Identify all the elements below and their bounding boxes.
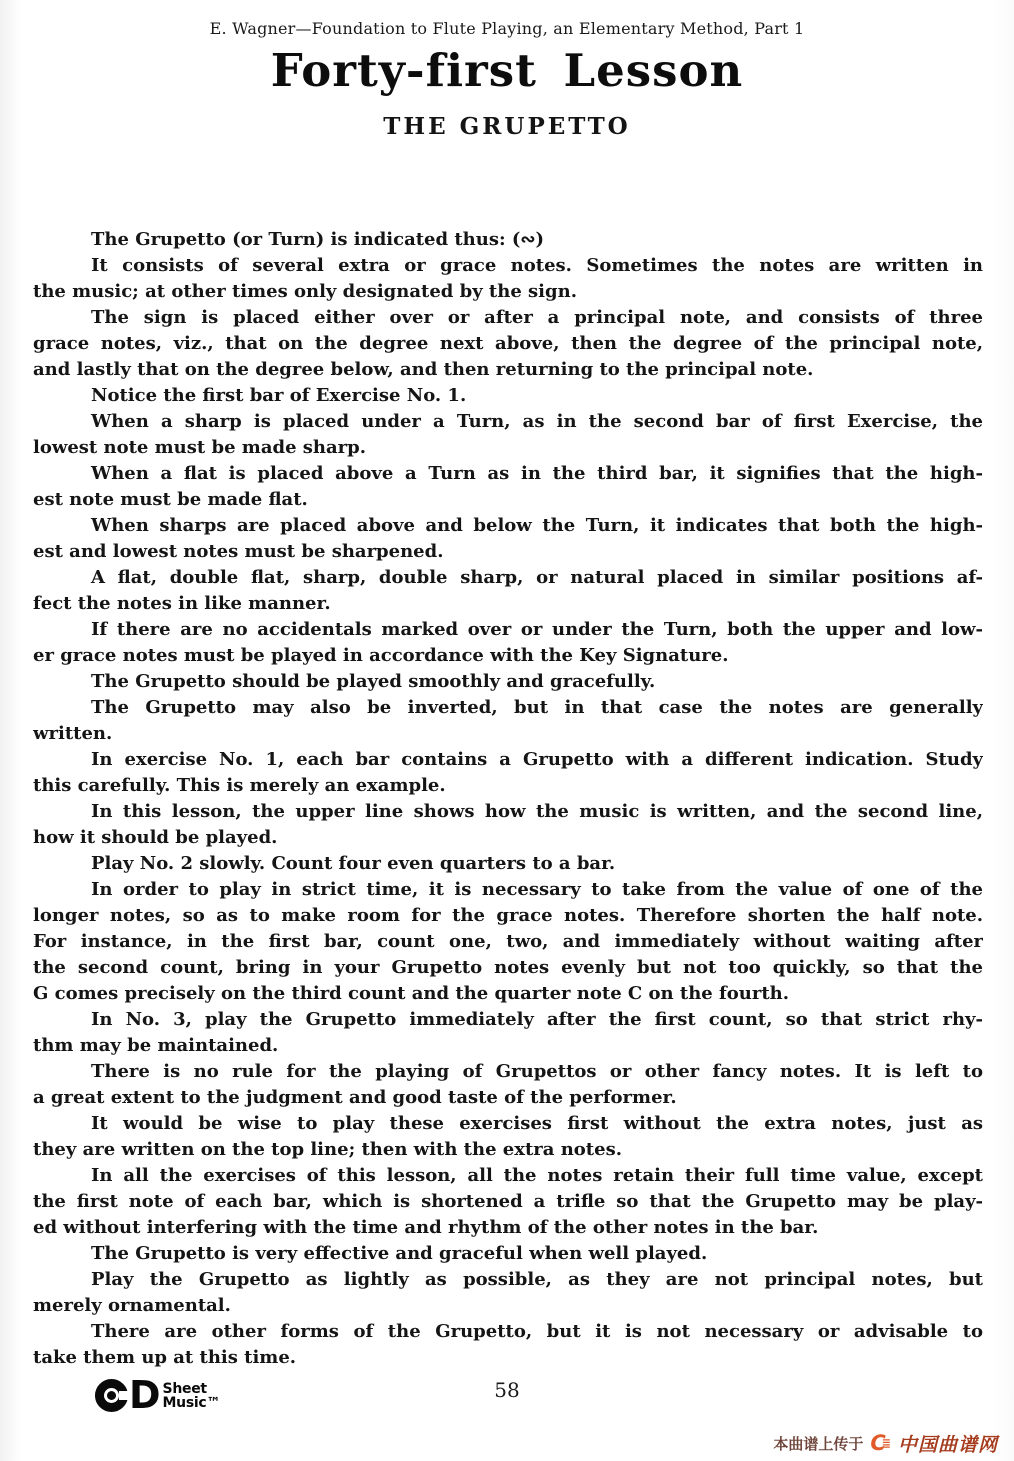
running-header: E. Wagner—Foundation to Flute Playing, a… — [0, 19, 1014, 38]
text-line: In order to play in strict time, it is n… — [33, 877, 983, 903]
text-line: take them up at this time. — [33, 1345, 983, 1371]
text-line: the music; at other times only designate… — [33, 279, 983, 305]
text-line: When sharps are placed above and below t… — [33, 513, 983, 539]
paragraph: Notice the first bar of Exercise No. 1. — [33, 383, 983, 409]
text-line: lowest note must be made sharp. — [33, 435, 983, 461]
text-line: and lastly that on the degree below, and… — [33, 357, 983, 383]
text-line: A flat, double flat, sharp, double sharp… — [33, 565, 983, 591]
text-line: Notice the first bar of Exercise No. 1. — [33, 383, 983, 409]
paragraph: In order to play in strict time, it is n… — [33, 877, 983, 1007]
text-line: est note must be made flat. — [33, 487, 983, 513]
paragraph: When a sharp is placed under a Turn, as … — [33, 409, 983, 461]
text-line: G comes precisely on the third count and… — [33, 981, 983, 1007]
paragraph: It would be wise to play these exercises… — [33, 1111, 983, 1163]
text-line: The Grupetto may also be inverted, but i… — [33, 695, 983, 721]
text-line: written. — [33, 721, 983, 747]
text-line: ed without interfering with the time and… — [33, 1215, 983, 1241]
paragraph: The Grupetto (or Turn) is indicated thus… — [33, 227, 983, 253]
text-line: For instance, in the first bar, count on… — [33, 929, 983, 955]
text-line: fect the notes in like manner. — [33, 591, 983, 617]
paragraph: A flat, double flat, sharp, double sharp… — [33, 565, 983, 617]
text-line: In No. 3, play the Grupetto immediately … — [33, 1007, 983, 1033]
text-line: grace notes, viz., that on the degree ne… — [33, 331, 983, 357]
text-line: a great extent to the judgment and good … — [33, 1085, 983, 1111]
site-logo-bars: ≣ — [882, 1433, 891, 1454]
watermark-site-name: 中国曲谱网 — [898, 1430, 998, 1457]
text-line: It consists of several extra or grace no… — [33, 253, 983, 279]
paragraph: In No. 3, play the Grupetto immediately … — [33, 1007, 983, 1059]
text-line: The Grupetto should be played smoothly a… — [33, 669, 983, 695]
paragraph: Play the Grupetto as lightly as possible… — [33, 1267, 983, 1319]
paragraph: There are other forms of the Grupetto, b… — [33, 1319, 983, 1371]
text-line: merely ornamental. — [33, 1293, 983, 1319]
text-line: this carefully. This is merely an exampl… — [33, 773, 983, 799]
paragraph: It consists of several extra or grace no… — [33, 253, 983, 305]
text-line: longer notes, so as to make room for the… — [33, 903, 983, 929]
page-title: Forty-first Lesson — [0, 44, 1014, 97]
body-text: The Grupetto (or Turn) is indicated thus… — [33, 227, 983, 1371]
text-line: In all the exercises of this lesson, all… — [33, 1163, 983, 1189]
text-line: est and lowest notes must be sharpened. — [33, 539, 983, 565]
watermark-prefix: 本曲谱上传于 — [773, 1433, 863, 1454]
paragraph: The Grupetto may also be inverted, but i… — [33, 695, 983, 747]
paragraph: In exercise No. 1, each bar contains a G… — [33, 747, 983, 799]
paragraph: In all the exercises of this lesson, all… — [33, 1163, 983, 1241]
text-line: how it should be played. — [33, 825, 983, 851]
text-line: If there are no accidentals marked over … — [33, 617, 983, 643]
text-line: In this lesson, the upper line shows how… — [33, 799, 983, 825]
paragraph: In this lesson, the upper line shows how… — [33, 799, 983, 851]
scanned-book-page: E. Wagner—Foundation to Flute Playing, a… — [0, 0, 1014, 1461]
paragraph: If there are no accidentals marked over … — [33, 617, 983, 669]
text-line: It would be wise to play these exercises… — [33, 1111, 983, 1137]
text-line: Play the Grupetto as lightly as possible… — [33, 1267, 983, 1293]
text-line: The sign is placed either over or after … — [33, 305, 983, 331]
text-line: In exercise No. 1, each bar contains a G… — [33, 747, 983, 773]
page-subtitle: THE GRUPETTO — [0, 113, 1014, 140]
text-line: There is no rule for the playing of Grup… — [33, 1059, 983, 1085]
paragraph: There is no rule for the playing of Grup… — [33, 1059, 983, 1111]
text-line: er grace notes must be played in accorda… — [33, 643, 983, 669]
text-line: the first note of each bar, which is sho… — [33, 1189, 983, 1215]
paragraph: The Grupetto is very effective and grace… — [33, 1241, 983, 1267]
paragraph: The sign is placed either over or after … — [33, 305, 983, 383]
paragraph: The Grupetto should be played smoothly a… — [33, 669, 983, 695]
watermark: 本曲谱上传于 C ≣ 中国曲谱网 — [773, 1430, 998, 1457]
site-logo-icon: C ≣ — [870, 1433, 891, 1454]
text-line: When a flat is placed above a Turn as in… — [33, 461, 983, 487]
text-line: the second count, bring in your Grupetto… — [33, 955, 983, 981]
text-line: The Grupetto (or Turn) is indicated thus… — [33, 227, 983, 253]
paragraph: When sharps are placed above and below t… — [33, 513, 983, 565]
page-number: 58 — [0, 1378, 1014, 1402]
paragraph: When a flat is placed above a Turn as in… — [33, 461, 983, 513]
text-line: Play No. 2 slowly. Count four even quart… — [33, 851, 983, 877]
text-line: There are other forms of the Grupetto, b… — [33, 1319, 983, 1345]
text-line: they are written on the top line; then w… — [33, 1137, 983, 1163]
text-line: When a sharp is placed under a Turn, as … — [33, 409, 983, 435]
text-line: The Grupetto is very effective and grace… — [33, 1241, 983, 1267]
paragraph: Play No. 2 slowly. Count four even quart… — [33, 851, 983, 877]
text-line: thm may be maintained. — [33, 1033, 983, 1059]
